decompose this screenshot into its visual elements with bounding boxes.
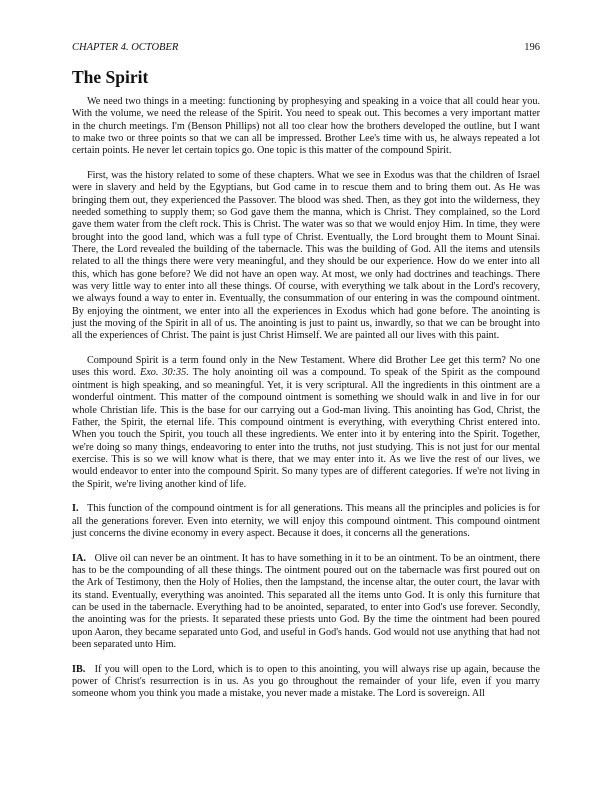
point-label: I. — [72, 503, 79, 514]
document-page: CHAPTER 4. OCTOBER 196 The Spirit We nee… — [72, 42, 540, 713]
section-title: The Spirit — [72, 67, 540, 87]
paragraph-intro: We need two things in a meeting: functio… — [72, 96, 540, 158]
point-text: This function of the compound ointment i… — [72, 503, 540, 539]
point-IA: IA. Olive oil can never be an ointment. … — [72, 553, 540, 652]
paragraph-history: First, was the history related to some o… — [72, 170, 540, 343]
point-label: IB. — [72, 664, 85, 675]
point-label: IA. — [72, 553, 86, 564]
page-number: 196 — [524, 42, 540, 54]
point-text: If you will open to the Lord, which is t… — [72, 664, 540, 700]
paragraph-text: The holy anointing oil was a compound. T… — [72, 367, 540, 489]
point-IB: IB. If you will open to the Lord, which … — [72, 664, 540, 701]
point-text: Olive oil can never be an ointment. It h… — [72, 553, 540, 650]
point-I: I. This function of the compound ointmen… — [72, 503, 540, 540]
chapter-label: CHAPTER 4. OCTOBER — [72, 42, 178, 54]
scripture-reference: Exo. 30:35. — [140, 367, 189, 378]
paragraph-compound-spirit: Compound Spirit is a term found only in … — [72, 355, 540, 491]
running-header: CHAPTER 4. OCTOBER 196 — [72, 42, 540, 54]
